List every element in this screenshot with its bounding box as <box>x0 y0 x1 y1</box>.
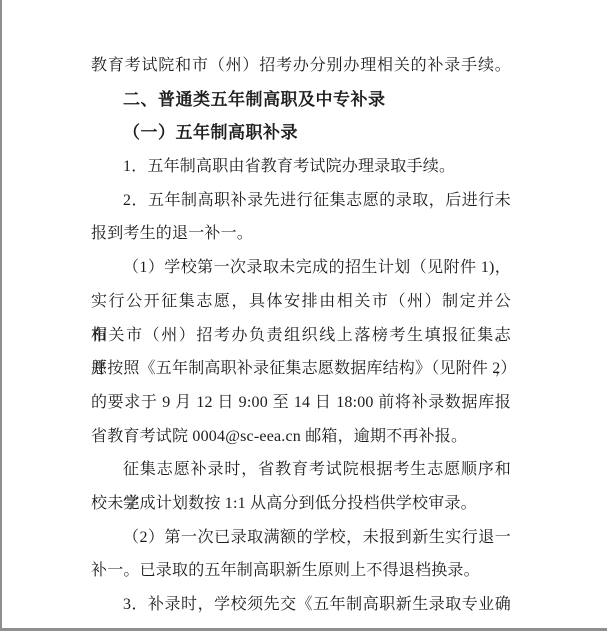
document-heading-line: （一）五年制高职补录 <box>91 116 511 150</box>
document-body-line: 报到考生的退一补一。 <box>91 217 511 251</box>
document-body-line: 相关市（州）招考办负责组织线上落榜考生填报征集志愿， <box>91 319 511 353</box>
document-body-line: 1．五年制高职由省教育考试院办理录取手续。 <box>91 150 511 184</box>
document-body-line: 补一。已录取的五年制高职新生原则上不得退档换录。 <box>91 554 511 588</box>
document-heading-line: 二、普通类五年制高职及中专补录 <box>91 83 511 117</box>
document-page: 教育考试院和市（州）招考办分别办理相关的补录手续。二、普通类五年制高职及中专补录… <box>0 0 607 631</box>
document-body-line: 2．五年制高职补录先进行征集志愿的录取，后进行未 <box>91 184 511 218</box>
document-body-line: 并按照《五年制高职补录征集志愿数据库结构》（见附件 2） <box>91 352 511 386</box>
document-body-line: 3．补录时，学校须先交《五年制高职新生录取专业确 <box>91 588 511 622</box>
document-body-line: （2）第一次已录取满额的学校，未报到新生实行退一 <box>91 521 511 555</box>
document-body-line: 实行公开征集志愿，具体安排由相关市（州）制定并公布。 <box>91 285 511 319</box>
document-body-line: （1）学校第一次录取未完成的招生计划（见附件 1)， <box>91 251 511 285</box>
document-body-line: 校未完成计划数按 1:1 从高分到低分投档供学校审录。 <box>91 487 511 521</box>
document-body-line: 教育考试院和市（州）招考办分别办理相关的补录手续。 <box>91 49 511 83</box>
document-text-block: 教育考试院和市（州）招考办分别办理相关的补录手续。二、普通类五年制高职及中专补录… <box>91 49 511 622</box>
document-body-line: 的要求于 9 月 12 日 9:00 至 14 日 18:00 前将补录数据库报 <box>91 386 511 420</box>
document-body-line: 征集志愿补录时，省教育考试院根据考生志愿顺序和学 <box>91 453 511 487</box>
document-body-line: 省教育考试院 0004@sc-eea.cn 邮箱，逾期不再补报。 <box>91 420 511 454</box>
